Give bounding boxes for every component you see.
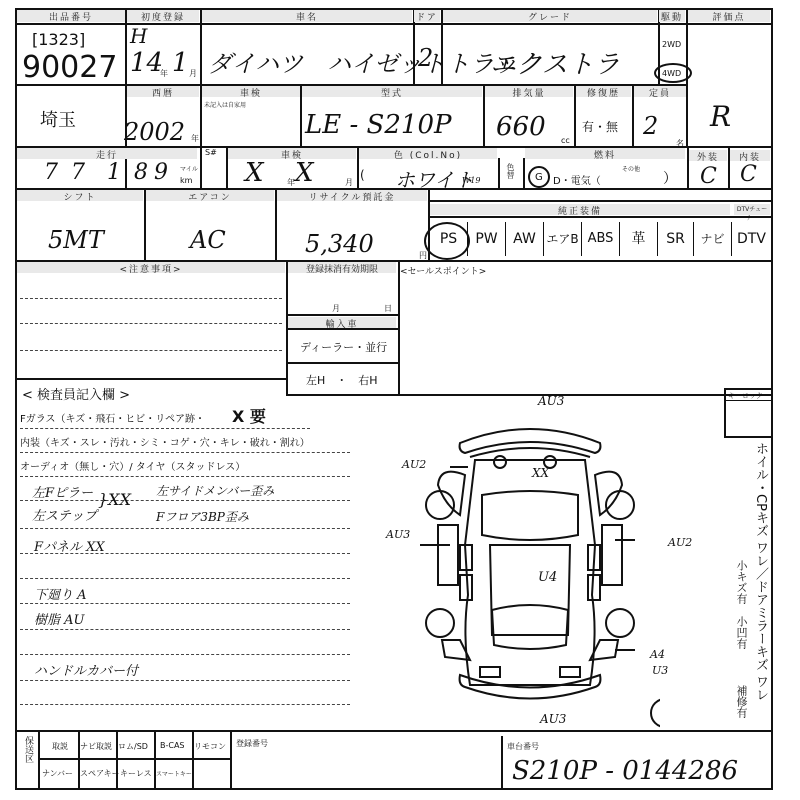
diagram-mark-roof: XX [532, 466, 549, 480]
small-scratch: 小キズ有 [733, 560, 749, 604]
shift-label: シフト [17, 190, 143, 201]
inspection-label: 車検 [202, 86, 300, 97]
inspection-month-unit: 月 [345, 177, 353, 188]
era: H [130, 24, 147, 48]
glass-line: Fガラス（キズ・飛石・ヒビ・リペア跡・ [20, 410, 205, 425]
wheel-text: ホイル・CPキズ ワレ／ドアミラーキズ ワレ [751, 442, 770, 701]
doors: 2 [418, 44, 433, 72]
divider [192, 730, 194, 790]
inspector-line [20, 476, 350, 477]
item-number-plate: ナンバー [42, 768, 73, 779]
item-bcas: B-CAS [160, 741, 185, 750]
capacity: 2 [643, 112, 658, 140]
divider [38, 758, 230, 760]
diagram-mark-right-side: AU2 [668, 536, 692, 549]
equipment-airbag: エアB [544, 222, 582, 256]
equipment-label: 純正装備 [430, 204, 730, 215]
equipment-sr: SR [658, 222, 694, 256]
exterior: C [700, 164, 717, 189]
doors-label: ドア [414, 10, 440, 22]
mileage-digit-4: 8 [134, 160, 148, 185]
inspector-line [20, 428, 310, 429]
note-left-f-pillar: 左Fピラー [32, 482, 93, 501]
recycle-fee: 5,340 [305, 230, 374, 258]
divider [154, 730, 156, 790]
divider [286, 362, 398, 364]
steering: 左H ・ 右H [306, 372, 378, 388]
repaired: 補修有 [733, 685, 749, 718]
diagram-mark-front-bumper: AU3 [540, 712, 566, 726]
diagram-mark-right-front-a: A4 [650, 648, 665, 661]
glass-mark: X 要 [232, 404, 266, 427]
ac-label: エアコン [146, 190, 274, 201]
displacement-label: 排気量 [485, 86, 573, 97]
ac: AC [190, 226, 226, 254]
inspector-line [20, 452, 350, 453]
shift: 5MT [48, 226, 104, 254]
divider [78, 730, 80, 790]
divider [430, 200, 773, 202]
model: LE - S210P [305, 110, 452, 140]
drive-2wd: 2WD [662, 40, 681, 49]
equipment-leather: 革 [620, 222, 658, 256]
displacement: 660 [496, 112, 546, 142]
mileage-digit-3: 1 [107, 160, 121, 185]
note-resin: 樹脂 AU [34, 609, 84, 628]
divider [125, 8, 127, 188]
note-side-member: 左サイドメンバー歪み [156, 482, 274, 499]
divider [286, 328, 398, 330]
lot-number: 90027 [22, 50, 117, 85]
inspector-line [20, 528, 350, 529]
delivery-label: 保送区 [22, 736, 35, 763]
divider [724, 388, 773, 390]
score: R [710, 100, 731, 133]
car-diagram [420, 395, 660, 730]
displacement-unit: cc [561, 136, 570, 145]
western-year: 2002 [124, 118, 185, 146]
fuel-label: 燃料 [525, 148, 685, 159]
small-dent: 小凹有 [733, 616, 749, 649]
item-navi-manual: ナビ取説 [80, 741, 112, 752]
row-divider [15, 378, 287, 380]
audio-line: オーディオ（無し・穴）/ タイヤ（スタッドレス） [20, 458, 245, 473]
caution-label: <注意事項> [17, 262, 285, 273]
inspector-title: < 検査員記入欄 > [22, 384, 130, 403]
reg-expiry-day: 日 [384, 303, 392, 314]
year: 14 [130, 48, 163, 78]
mileage-label: 走行 [17, 148, 197, 159]
chassis-label: 車台番号 [507, 741, 539, 752]
car-name-label: 車名 [202, 10, 412, 22]
history-label: 修復歴 [576, 86, 631, 97]
caution-line [20, 298, 282, 299]
note-xx-bracket: }XX [98, 490, 131, 509]
month-unit: 月 [189, 68, 197, 79]
reg-expiry-label: 登録抹消有効期限 [288, 262, 396, 273]
diagram-mark-left-side: AU3 [386, 528, 410, 541]
equipment-selected-circle [424, 222, 470, 260]
divider [200, 8, 202, 188]
exterior-label: 外装 [689, 150, 727, 161]
inspector-line [20, 603, 350, 604]
equipment-dtv: DTV [732, 222, 771, 256]
history-options: 有・無 [582, 118, 618, 135]
western-year-label: 西暦 [127, 86, 199, 97]
inspection-year: X [245, 158, 264, 188]
divider [116, 730, 118, 790]
lot-label: 出品番号 [17, 10, 125, 22]
diagram-mark-hood: U4 [538, 570, 557, 585]
recycle-label: リサイクル預託金 [277, 190, 427, 201]
equipment-navi: ナビ [694, 222, 732, 256]
row-divider [15, 730, 773, 732]
first-reg-label: 初度登録 [127, 10, 199, 22]
row-divider [15, 84, 125, 86]
chassis-number: S210P - 0144286 [512, 756, 738, 786]
inspector-line [20, 680, 350, 681]
import-label: 輸入車 [288, 317, 396, 328]
western-year-unit: 年 [191, 133, 199, 144]
divider [398, 260, 400, 395]
note-floor: Fフロア3BP歪み [156, 508, 249, 525]
mileage-unit-miles: マイル [180, 164, 198, 173]
mileage-digit-2: 7 [71, 160, 85, 185]
caution-line [20, 350, 282, 351]
inspector-line [20, 629, 350, 630]
sales-point-label: <セールスポイント> [400, 264, 486, 277]
divider [724, 400, 773, 401]
year-unit: 年 [160, 68, 168, 79]
item-smart-key: スマートキー [156, 769, 192, 778]
note-handle-cover: ハンドルカバー付 [34, 660, 138, 679]
color-paren-open: ( [360, 168, 365, 182]
reg-number-label: 登録番号 [236, 738, 268, 749]
capacity-label: 定員 [634, 86, 686, 97]
inspector-line [20, 578, 350, 579]
divider [523, 158, 525, 188]
drive-selected-circle [654, 63, 692, 83]
inspector-line [20, 704, 350, 705]
inspection-month: X [295, 158, 314, 188]
dtv-label: DTVチューナー [734, 204, 770, 215]
item-manual: 取説 [52, 741, 68, 752]
divider [724, 436, 773, 438]
inspection-note: 未記入は自家用 [204, 100, 246, 109]
fuel-selected-circle [528, 166, 550, 188]
color-label: 色 (Col.No) [359, 148, 497, 159]
divider [501, 736, 503, 790]
color-code: W19 [462, 176, 480, 185]
import-type: ディーラー・並行 [300, 339, 387, 355]
divider [498, 158, 500, 188]
note-underbody: 下廻り A [34, 584, 87, 603]
diagram-mark-left-rear: AU2 [402, 458, 426, 471]
frame-right [771, 8, 773, 790]
drive-label: 駆動 [659, 10, 685, 22]
color-change-label: 色替 [505, 163, 516, 179]
divider [430, 216, 773, 218]
inspection-year-unit: 年 [287, 177, 295, 188]
interior-line: 内装（キズ・スレ・汚れ・シミ・コゲ・穴・キレ・破れ・割れ） [20, 434, 310, 449]
fuel-paren-close: ） [663, 168, 677, 188]
diagram-mark-rear-bumper: AU3 [538, 394, 564, 408]
item-remote: リモコン [194, 741, 226, 752]
frame-bottom [15, 788, 773, 790]
frame-left [15, 8, 17, 790]
grade-label: グレード [443, 10, 657, 22]
divider [38, 730, 40, 790]
inspector-line [20, 654, 350, 655]
reg-expiry-month: 月 [332, 303, 340, 314]
item-rom-sd: ロム/SD [118, 741, 148, 752]
mileage-digit-5: 9 [154, 160, 168, 185]
meter-label: S# [205, 148, 217, 157]
month: 1 [172, 48, 189, 78]
lot-sub: [1323] [32, 30, 85, 49]
mileage-digit-1: 7 [44, 160, 58, 185]
inspector-line [20, 500, 350, 501]
fuel-other: その他 [622, 164, 640, 173]
divider [724, 388, 726, 436]
score-label: 評価点 [688, 10, 770, 22]
grade: エクストラ [490, 44, 620, 81]
item-spare-key: スペアキー [80, 768, 120, 779]
interior-label: 内装 [730, 150, 770, 161]
equipment-abs: ABS [582, 222, 620, 256]
region: 埼玉 [40, 106, 76, 132]
mileage-unit-km: km [180, 176, 192, 185]
divider [286, 314, 398, 316]
model-label: 型式 [302, 86, 482, 97]
row-divider [15, 23, 773, 25]
diagram-mark-right-front-u: U3 [652, 664, 668, 677]
fuel-diesel-electric: D・電気（ [553, 172, 601, 187]
note-left-step: 左ステップ [32, 505, 97, 524]
inspector-line [20, 553, 350, 554]
caution-line [20, 323, 282, 324]
equipment-aw: AW [506, 222, 544, 256]
divider [230, 730, 232, 790]
item-keyless: キーレス [120, 768, 152, 779]
equipment-pw: PW [468, 222, 506, 256]
interior: C [740, 162, 757, 187]
